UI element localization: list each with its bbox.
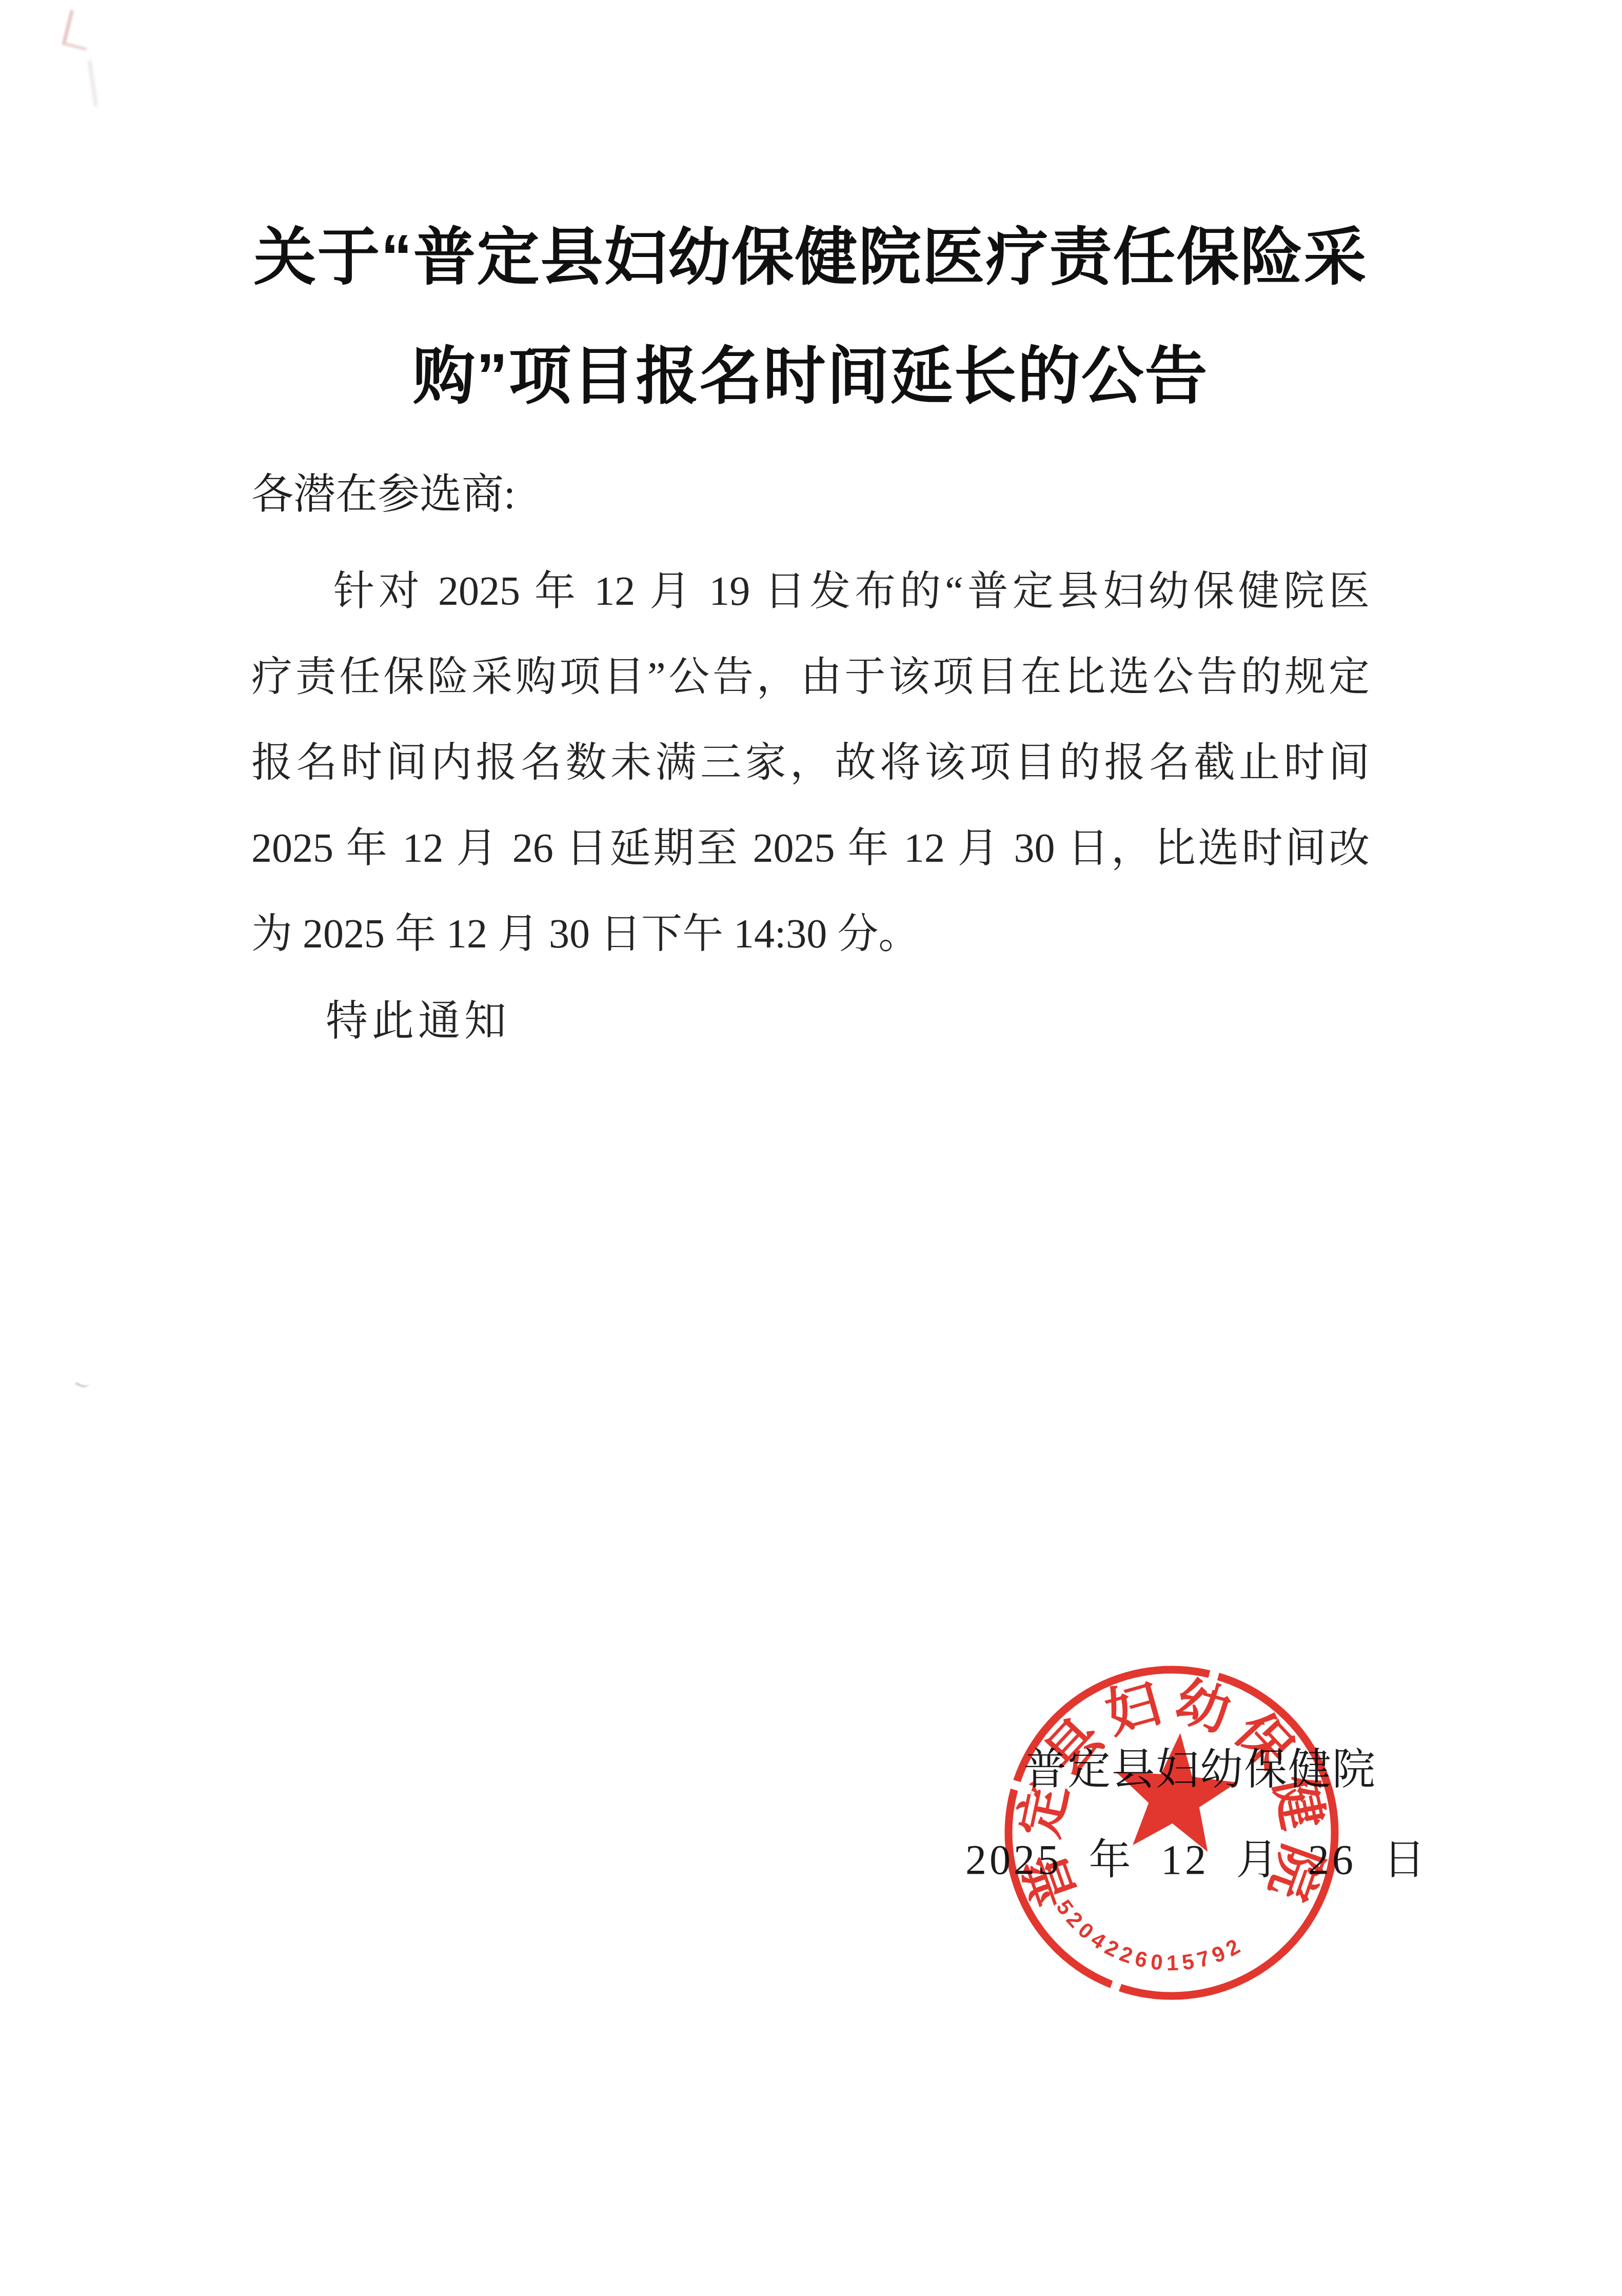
body-paragraph: 针对 2025 年 12 月 19 日发布的“普定县妇幼保健院医 疗责任保险采购… (251, 549, 1370, 977)
red-ink-artifact (62, 10, 94, 51)
gray-scan-speck (75, 1373, 92, 1390)
gray-scan-artifact (73, 61, 97, 109)
seal-graphic: 普定县妇幼保健院 5204226015792 (993, 1644, 1352, 2026)
body-line-3: 报名时间内报名数未满三家，故将该项目的报名截止时间 (251, 720, 1370, 806)
body-line-4: 2025 年 12 月 26 日延期至 2025 年 12 月 30 日，比选时… (251, 806, 1370, 892)
seal-code-text: 5204226015792 (1052, 1895, 1248, 1975)
salutation: 各潜在参选商: (251, 461, 516, 521)
document-title: 关于“普定县妇幼保健院医疗责任保险采 购”项目报名时间延长的公告 (241, 197, 1380, 436)
scanned-document-page: 关于“普定县妇幼保健院医疗责任保险采 购”项目报名时间延长的公告 各潜在参选商:… (0, 0, 1622, 2296)
official-seal-stamp: 普定县妇幼保健院 5204226015792 (993, 1644, 1352, 2026)
seal-star-icon (1110, 1728, 1241, 1854)
body-line-2: 疗责任保险采购项目”公告，由于该项目在比选公告的规定 (251, 635, 1370, 720)
title-line-1: 关于“普定县妇幼保健院医疗责任保险采 (241, 197, 1380, 316)
body-line-1: 针对 2025 年 12 月 19 日发布的“普定县妇幼保健院医 (251, 549, 1370, 635)
closing-note: 特此通知 (326, 987, 510, 1047)
title-line-2: 购”项目报名时间延长的公告 (241, 316, 1380, 436)
body-line-5: 为 2025 年 12 月 30 日下午 14:30 分。 (251, 892, 1370, 977)
